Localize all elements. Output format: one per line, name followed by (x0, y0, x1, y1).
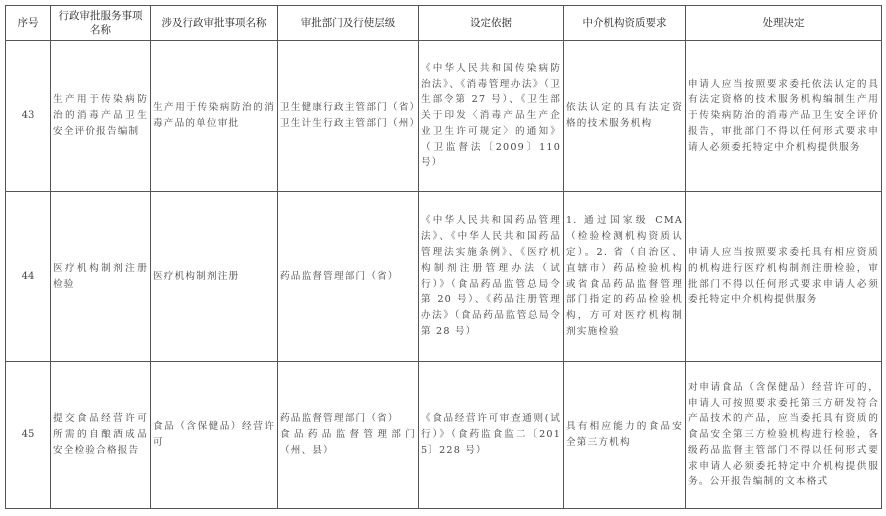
legal-basis: 《中华人民共和国药品管理法》、《中华人民共和国药品管理法实施条例》、《医疗机构制… (419, 192, 564, 362)
department-level: 药品监督管理部门（省） 食品药品监督管理部门（州、县） (278, 362, 419, 509)
department-line: 卫生健康行政主管部门（省） (280, 100, 416, 116)
header-agency-qualification: 中介机构资质要求 (564, 6, 686, 41)
table-row: 45 提交食品经营许可所需的自酿酒成品安全检验合格报告 食品（含保健品）经营许可… (6, 362, 882, 509)
approval-item-name: 生产用于传染病防治的消毒产品的单位审批 (151, 41, 278, 192)
header-service-item-name: 行政审批服务事项名称 (51, 6, 151, 41)
department-level: 卫生健康行政主管部门（省） 卫生计生行政主管部门（州） (278, 41, 419, 192)
serial-no: 44 (6, 192, 51, 362)
service-item-name: 提交食品经营许可所需的自酿酒成品安全检验合格报告 (51, 362, 151, 509)
department-line: 卫生计生行政主管部门（州） (280, 116, 416, 132)
table-row: 44 医疗机构制剂注册检验 医疗机构制剂注册 药品监督管理部门（省） 《中华人民… (6, 192, 882, 362)
department-line: 食品药品监督管理部门（州、县） (280, 427, 416, 459)
legal-basis: 《中华人民共和国传染病防治法》、《消毒管理办法》（卫生部令第 27 号）、《卫生… (419, 41, 564, 192)
approval-item-name: 食品（含保健品）经营许可 (151, 362, 278, 509)
department-level: 药品监督管理部门（省） (278, 192, 419, 362)
header-serial-no: 序号 (6, 6, 51, 41)
header-legal-basis: 设定依据 (419, 6, 564, 41)
legal-basis: 《食品经营许可审查通则(试行）》（食药监食监二〔2015〕228 号） (419, 362, 564, 509)
approval-item-name: 医疗机构制剂注册 (151, 192, 278, 362)
decision: 申请人应当按照要求委托具有相应资质的机构进行医疗机构制剂注册检验，审批部门不得以… (686, 192, 882, 362)
agency-qualification: 依法认定的具有法定资格的技术服务机构 (564, 41, 686, 192)
header-row: 序号 行政审批服务事项名称 涉及行政审批事项名称 审批部门及行使层级 设定依据 … (6, 6, 882, 41)
decision: 对申请食品（含保健品）经营许可的，申请人可按照要求委托第三方研发符合产品技术的产… (686, 362, 882, 509)
service-item-name: 医疗机构制剂注册检验 (51, 192, 151, 362)
decision: 申请人应当按照要求委托依法认定的具有法定资格的技术服务机构编制生产用于传染病防治… (686, 41, 882, 192)
header-department-level: 审批部门及行使层级 (278, 6, 419, 41)
agency-qualification: 1. 通过国家级 CMA（检验检测机构资质认定）。2. 省（自治区、直辖市）药品… (564, 192, 686, 362)
table-row: 43 生产用于传染病防治的消毒产品卫生安全评价报告编制 生产用于传染病防治的消毒… (6, 41, 882, 192)
header-approval-item-name: 涉及行政审批事项名称 (151, 6, 278, 41)
department-line: 药品监督管理部门（省） (280, 269, 416, 285)
serial-no: 43 (6, 41, 51, 192)
serial-no: 45 (6, 362, 51, 509)
agency-qualification: 具有相应能力的食品安全第三方机构 (564, 362, 686, 509)
service-item-name: 生产用于传染病防治的消毒产品卫生安全评价报告编制 (51, 41, 151, 192)
approval-items-table: 序号 行政审批服务事项名称 涉及行政审批事项名称 审批部门及行使层级 设定依据 … (5, 5, 882, 509)
department-line: 药品监督管理部门（省） (280, 411, 416, 427)
header-decision: 处理决定 (686, 6, 882, 41)
